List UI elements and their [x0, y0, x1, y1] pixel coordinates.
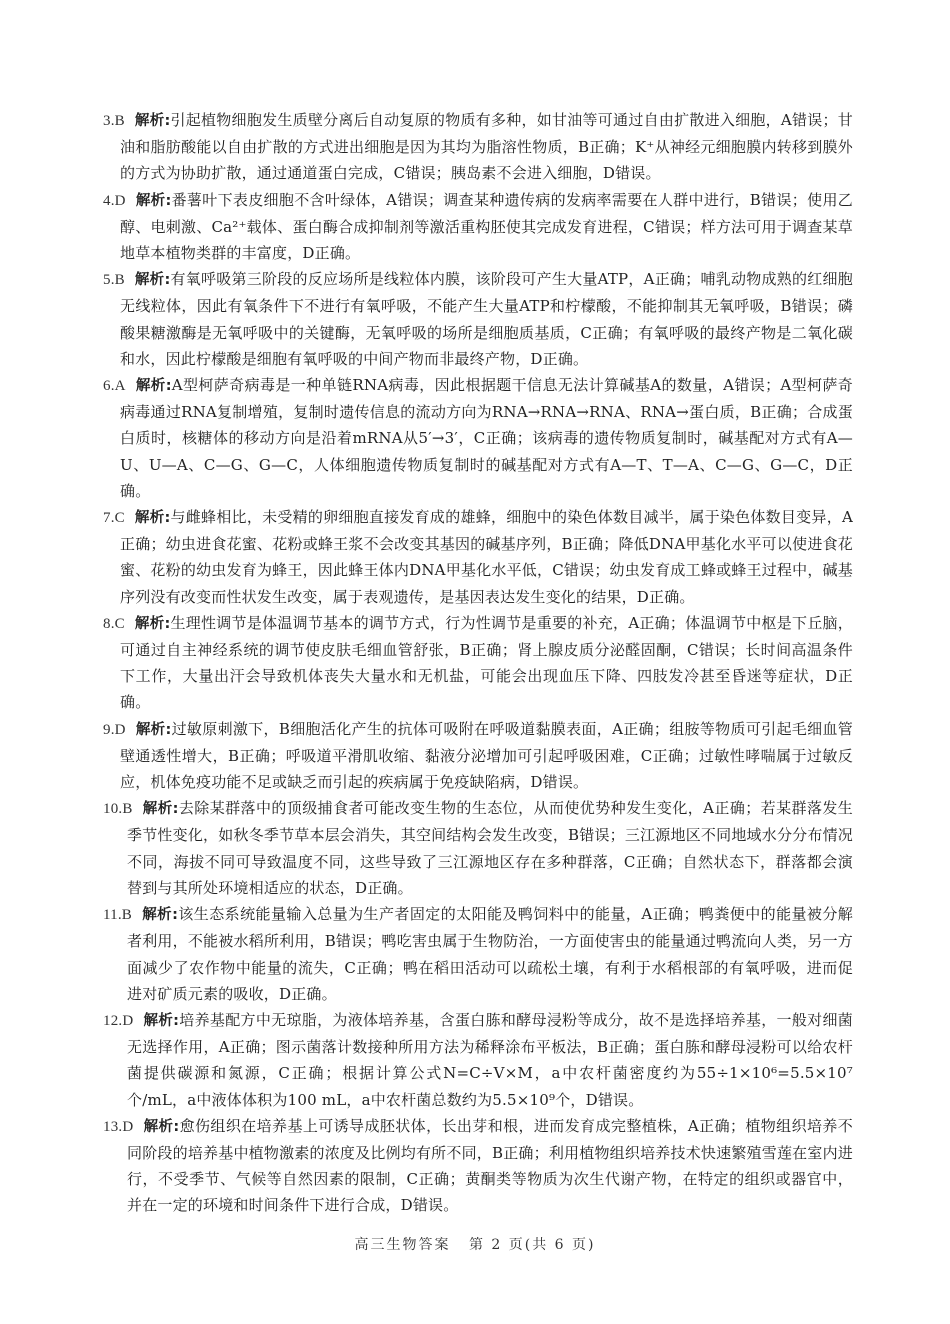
answer-letter: B: [122, 801, 132, 817]
footer-subject: 高三生物答案: [355, 1237, 451, 1253]
analysis-label: 解析:: [136, 193, 172, 209]
answer-letter: C: [115, 510, 125, 526]
analysis-label: 解析:: [135, 113, 171, 129]
analysis-text: 生理性调节是体温调节基本的调节方式，行为性调节是重要的补充，A正确；体温调节中枢…: [120, 614, 853, 712]
analysis-text: 该生态系统能量输入总量为生产者固定的太阳能及鸭饲料中的能量，A正确；鸭粪便中的能…: [127, 905, 853, 1003]
analysis-text: 愈伤组织在培养基上可诱导成胚状体，长出芽和根，进而发育成完整植株，A正确；植物组…: [127, 1117, 853, 1215]
analysis-text: 培养基配方中无琼脂，为液体培养基，含蛋白胨和酵母浸粉等成分，故不是选择培养基，一…: [127, 1011, 853, 1109]
question-number: 12.: [103, 1013, 122, 1029]
answer-item-10: 10.B解析:去除某群落中的顶级捕食者可能改变生物的生态位，从而使优势种发生变化…: [103, 795, 853, 901]
analysis-text: A型柯萨奇病毒是一种单链RNA病毒，因此根据题干信息无法计算碱基A的数量，A错误…: [120, 376, 853, 500]
question-number: 6.: [103, 378, 115, 394]
answer-sheet-page: 3.B解析:引起植物细胞发生质壁分离后自动复原的物质有多种，如甘油等可通过自由扩…: [0, 0, 950, 1324]
analysis-text: 过敏原刺激下，B细胞活化产生的抗体可吸附在呼吸道黏膜表面，A正确；组胺等物质可引…: [120, 720, 853, 791]
answer-letter: C: [115, 616, 125, 632]
answer-letter: B: [115, 272, 125, 288]
answer-list: 3.B解析:引起植物细胞发生质壁分离后自动复原的物质有多种，如甘油等可通过自由扩…: [103, 107, 853, 1219]
answer-item-4: 4.D解析:番薯叶下表皮细胞不含叶绿体，A错误；调查某种遗传病的发病率需要在人群…: [103, 187, 853, 267]
question-number: 11.: [103, 907, 122, 923]
answer-item-9: 9.D解析:过敏原刺激下，B细胞活化产生的抗体可吸附在呼吸道黏膜表面，A正确；组…: [103, 716, 853, 796]
analysis-label: 解析:: [136, 378, 172, 394]
analysis-label: 解析:: [142, 907, 178, 923]
analysis-text: 番薯叶下表皮细胞不含叶绿体，A错误；调查某种遗传病的发病率需要在人群中进行，B错…: [120, 191, 853, 262]
question-number: 4.: [103, 193, 115, 209]
analysis-label: 解析:: [136, 722, 172, 738]
footer-page-number: 第 2 页(共 6 页): [469, 1237, 596, 1253]
answer-letter: D: [115, 193, 126, 209]
answer-letter: A: [115, 378, 126, 394]
answer-letter: D: [115, 722, 126, 738]
analysis-text: 有氧呼吸第三阶段的反应场所是线粒体内膜，该阶段可产生大量ATP，A正确；哺乳动物…: [120, 270, 853, 368]
answer-item-7: 7.C解析:与雌蜂相比，未受精的卵细胞直接发育成的雄蜂，细胞中的染色体数目减半，…: [103, 504, 853, 610]
analysis-label: 解析:: [135, 616, 171, 632]
answer-letter: D: [122, 1119, 133, 1135]
question-number: 8.: [103, 616, 115, 632]
analysis-label: 解析:: [143, 1013, 179, 1029]
question-number: 10.: [103, 801, 122, 817]
answer-letter: B: [115, 113, 125, 129]
answer-item-6: 6.A解析:A型柯萨奇病毒是一种单链RNA病毒，因此根据题干信息无法计算碱基A的…: [103, 372, 853, 504]
question-number: 13.: [103, 1119, 122, 1135]
answer-item-11: 11.B解析:该生态系统能量输入总量为生产者固定的太阳能及鸭饲料中的能量，A正确…: [103, 901, 853, 1007]
answer-letter: B: [122, 907, 132, 923]
answer-item-3: 3.B解析:引起植物细胞发生质壁分离后自动复原的物质有多种，如甘油等可通过自由扩…: [103, 107, 853, 187]
question-number: 3.: [103, 113, 115, 129]
analysis-label: 解析:: [135, 510, 171, 526]
analysis-text: 与雌蜂相比，未受精的卵细胞直接发育成的雄蜂，细胞中的染色体数目减半，属于染色体数…: [120, 508, 853, 606]
answer-item-5: 5.B解析:有氧呼吸第三阶段的反应场所是线粒体内膜，该阶段可产生大量ATP，A正…: [103, 266, 853, 372]
question-number: 7.: [103, 510, 115, 526]
answer-item-13: 13.D解析:愈伤组织在培养基上可诱导成胚状体，长出芽和根，进而发育成完整植株，…: [103, 1113, 853, 1219]
question-number: 5.: [103, 272, 115, 288]
question-number: 9.: [103, 722, 115, 738]
answer-letter: D: [122, 1013, 133, 1029]
analysis-text: 引起植物细胞发生质壁分离后自动复原的物质有多种，如甘油等可通过自由扩散进入细胞，…: [120, 111, 853, 182]
analysis-label: 解析:: [135, 272, 171, 288]
page-footer: 高三生物答案 第 2 页(共 6 页): [0, 1234, 950, 1254]
analysis-label: 解析:: [143, 1119, 179, 1135]
answer-item-12: 12.D解析:培养基配方中无琼脂，为液体培养基，含蛋白胨和酵母浸粉等成分，故不是…: [103, 1007, 853, 1113]
analysis-text: 去除某群落中的顶级捕食者可能改变生物的生态位，从而使优势种发生变化，A正确；若某…: [127, 799, 853, 897]
answer-item-8: 8.C解析:生理性调节是体温调节基本的调节方式，行为性调节是重要的补充，A正确；…: [103, 610, 853, 716]
analysis-label: 解析:: [143, 801, 179, 817]
